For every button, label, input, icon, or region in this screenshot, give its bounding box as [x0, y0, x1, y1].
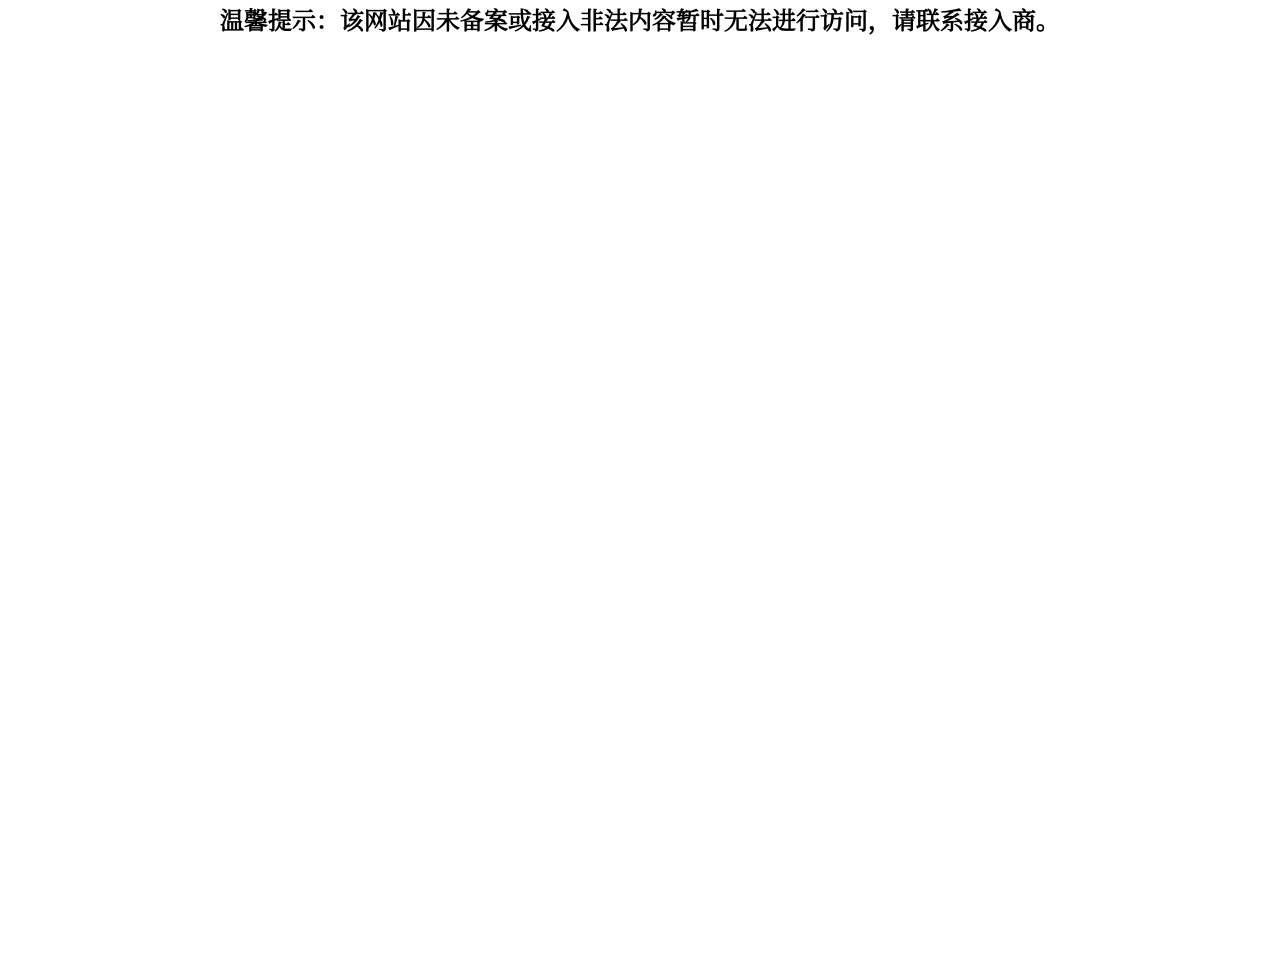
blocked-site-page: 温馨提示：该网站因未备案或接入非法内容暂时无法进行访问，请联系接入商。 — [0, 8, 1280, 960]
block-notice-text: 温馨提示：该网站因未备案或接入非法内容暂时无法进行访问，请联系接入商。 — [0, 8, 1280, 37]
